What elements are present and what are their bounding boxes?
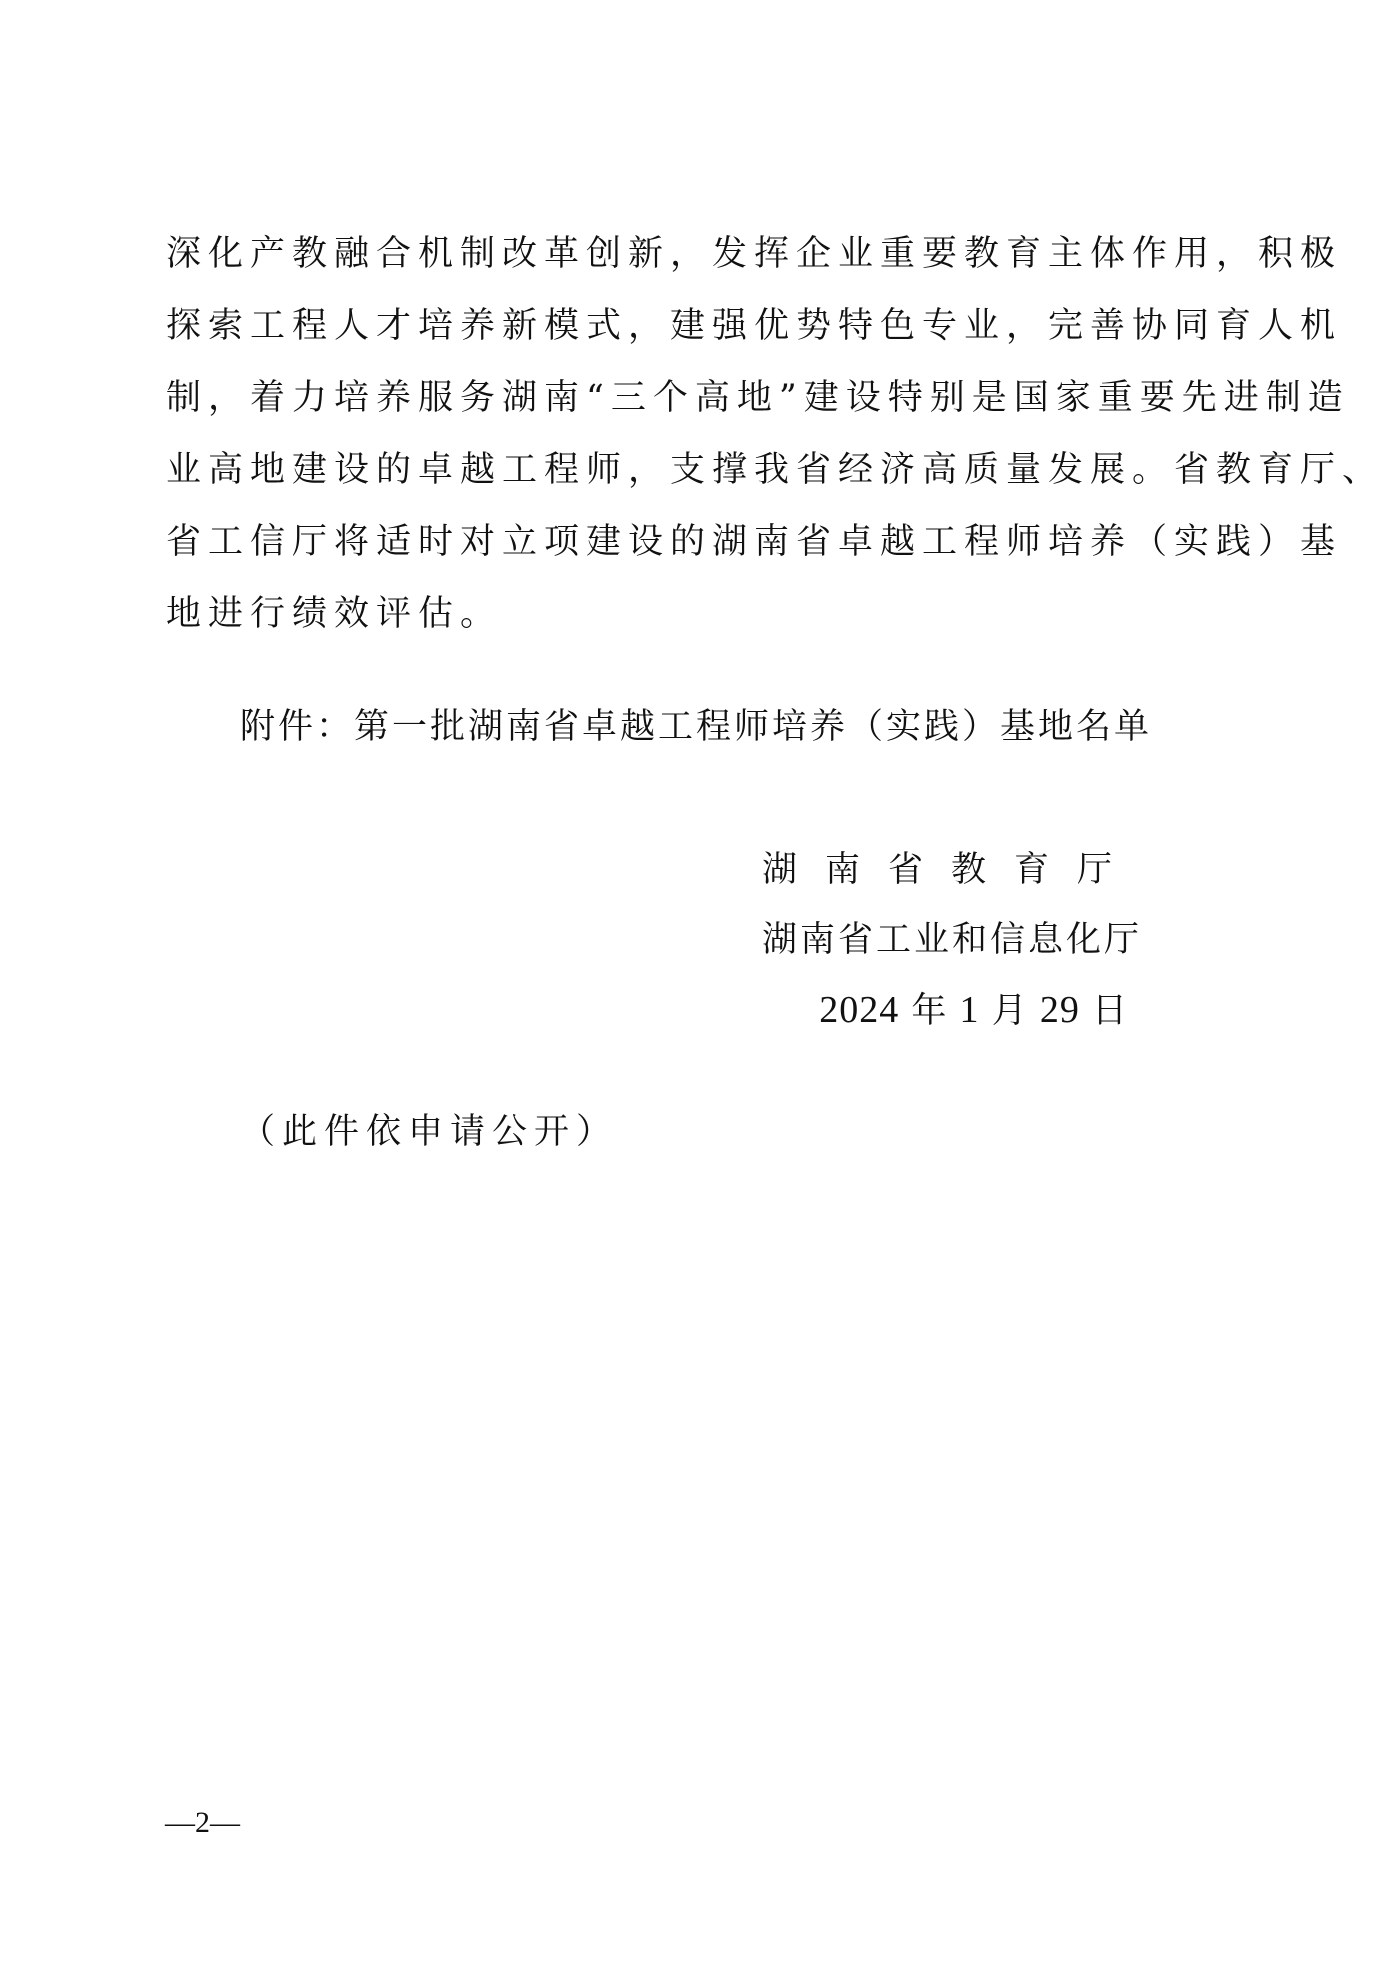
date-month-unit: 月 [992, 991, 1028, 1031]
body-line: 业高地建设的卓越工程师，支撑我省经济高质量发展。省教育厅、 [166, 434, 1228, 506]
body-line: 探索工程人才培养新模式，建强优势特色专业，完善协同育人机 [166, 290, 1228, 362]
body-line: 地进行绩效评估。 [166, 578, 1228, 650]
document-page: 深化产教融合机制改革创新，发挥企业重要教育主体作用，积极 探索工程人才培养新模式… [0, 0, 1389, 1964]
signature-block: 湖南省教育厅 湖南省工业和信息化厅 2024 年 1 月 29 日 [762, 846, 1132, 1056]
attachment-line: 附件：第一批湖南省卓越工程师培养（实践）基地名单 [240, 703, 1152, 751]
body-line: 制，着力培养服务湖南“三个高地”建设特别是国家重要先进制造 [166, 362, 1228, 434]
body-paragraph: 深化产教融合机制改革创新，发挥企业重要教育主体作用，积极 探索工程人才培养新模式… [166, 218, 1228, 650]
disclosure-note: （此件依申请公开） [240, 1108, 618, 1156]
page-number: —2— [165, 1808, 240, 1838]
body-line: 省工信厅将适时对立项建设的湖南省卓越工程师培养（实践）基 [166, 506, 1228, 578]
signature-date: 2024 年 1 月 29 日 [762, 986, 1132, 1056]
date-year-unit: 年 [911, 991, 947, 1031]
body-line: 深化产教融合机制改革创新，发挥企业重要教育主体作用，积极 [166, 218, 1228, 290]
date-day: 29 [1040, 989, 1080, 1031]
signing-org-education-dept: 湖南省教育厅 [762, 846, 1132, 916]
date-year: 2024 [819, 989, 899, 1031]
date-month: 1 [960, 989, 980, 1031]
date-day-unit: 日 [1092, 991, 1128, 1031]
signing-org-industry-it-dept: 湖南省工业和信息化厅 [762, 916, 1132, 986]
